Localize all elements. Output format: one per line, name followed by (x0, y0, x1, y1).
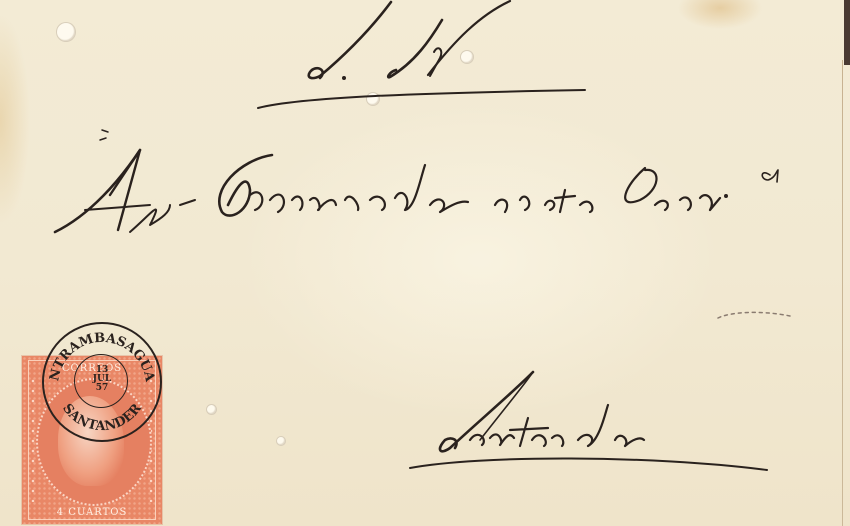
handwriting-line2 (55, 150, 778, 232)
ink-specks (100, 130, 108, 140)
postmark-cancel: ENTRAMBASAGUAS SANTANDER 13 JUL 57 (42, 322, 162, 442)
postmark-year: 57 (74, 384, 130, 393)
faint-postmark-trace (718, 312, 790, 318)
handwriting-line1 (258, 1, 585, 108)
postmark-date: 13 JUL 57 (74, 366, 130, 393)
handwriting-line3 (410, 372, 767, 470)
letter-cover: CORREOS 4 CUARTOS ENTRAMBASAGUAS SANTAND… (0, 0, 850, 526)
stamp-value-label: 4 CUARTOS (22, 507, 162, 518)
